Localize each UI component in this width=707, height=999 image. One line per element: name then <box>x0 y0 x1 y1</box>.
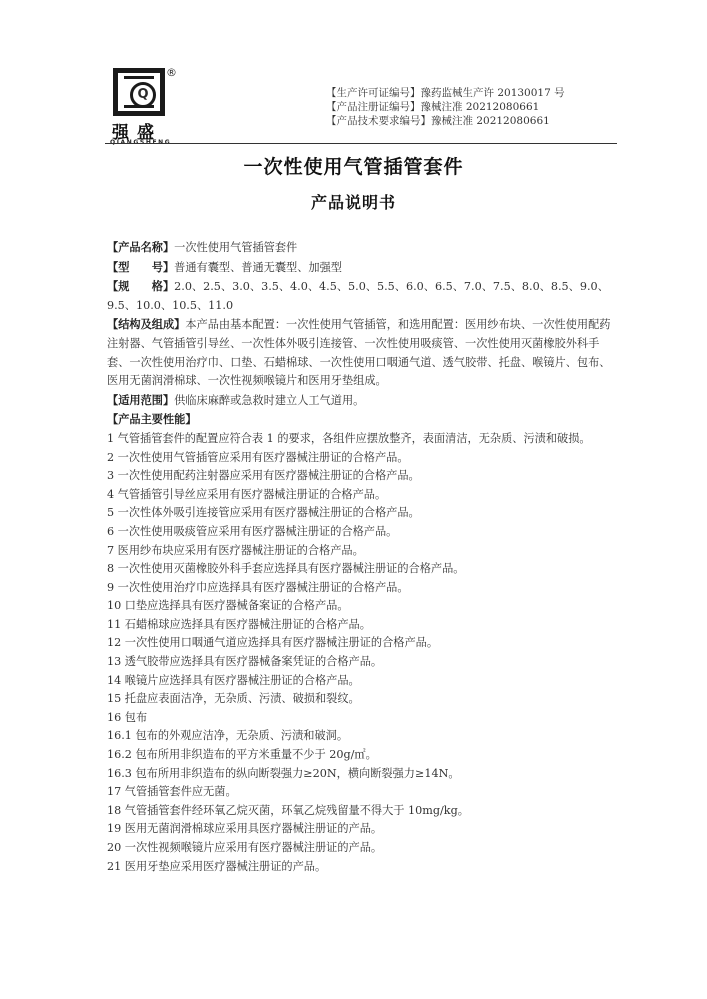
header-divider <box>105 143 617 144</box>
q-box-logo-icon: Q <box>113 68 165 116</box>
performance-item: 11 石蜡棉球应选择具有医疗器械注册证的合格产品。 <box>107 616 617 635</box>
performance-item: 16.3 包布所用非织造布的纵向断裂强力≥20N，横向断裂强力≥14N。 <box>107 765 617 784</box>
scope-label: 【适用范围】 <box>107 393 174 407</box>
performance-item: 13 透气胶带应选择具有医疗器械备案凭证的合格产品。 <box>107 653 617 672</box>
performance-item: 21 医用牙垫应采用医疗器械注册证的产品。 <box>107 858 617 877</box>
performance-item: 16.2 包布所用非织造布的平方米重量不少于 20g/㎡。 <box>107 746 617 765</box>
performance-item: 12 一次性使用口咽通气道应选择具有医疗器械注册证的合格产品。 <box>107 634 617 653</box>
registered-mark-icon: ® <box>166 66 177 79</box>
performance-item: 8 一次性使用灭菌橡胶外科手套应选择具有医疗器械注册证的合格产品。 <box>107 560 617 579</box>
document-title: 一次性使用气管插管套件 <box>0 152 707 179</box>
technical-requirement-label: 【产品技术要求编号】 <box>326 115 431 127</box>
performance-item: 15 托盘应表面洁净，无杂质、污渍、破损和裂纹。 <box>107 690 617 709</box>
document-body: 【产品名称】一次性使用气管插管套件 【型 号】普通有囊型、普通无囊型、加强型 【… <box>107 238 617 876</box>
model-value: 普通有囊型、普通无囊型、加强型 <box>174 261 342 274</box>
model-row: 【型 号】普通有囊型、普通无囊型、加强型 <box>107 258 617 278</box>
performance-item: 6 一次性使用吸痰管应采用有医疗器械注册证的合格产品。 <box>107 523 617 542</box>
spec-row: 【规 格】2.0、2.5、3.0、3.5、4.0、4.5、5.0、5.5、6.0… <box>107 277 617 315</box>
product-registration: 【产品注册证编号】豫械注准 20212080661 <box>326 100 565 114</box>
performance-item: 1 气管插管套件的配置应符合表 1 的要求，各组件应摆放整齐，表面清洁，无杂质、… <box>107 430 617 449</box>
spec-value: 2.0、2.5、3.0、3.5、4.0、4.5、5.0、5.5、6.0、6.5、… <box>107 280 609 312</box>
performance-item: 16 包布 <box>107 709 617 728</box>
structure-row: 【结构及组成】本产品由基本配置：一次性使用气管插管，和选用配置：医用纱布块、一次… <box>107 315 617 390</box>
technical-requirement: 【产品技术要求编号】豫械注准 20212080661 <box>326 114 565 128</box>
scope-row: 【适用范围】供临床麻醉或急救时建立人工气道用。 <box>107 391 617 411</box>
performance-item: 4 气管插管引导丝应采用有医疗器械注册证的合格产品。 <box>107 486 617 505</box>
product-name-value: 一次性使用气管插管套件 <box>174 241 297 254</box>
product-registration-label: 【产品注册证编号】 <box>326 101 421 113</box>
performance-item: 14 喉镜片应选择具有医疗器械注册证的合格产品。 <box>107 672 617 691</box>
structure-label: 【结构及组成】 <box>107 317 185 331</box>
performance-item: 5 一次性体外吸引连接管应采用有医疗器械注册证的合格产品。 <box>107 504 617 523</box>
performance-item: 17 气管插管套件应无菌。 <box>107 783 617 802</box>
performance-item: 10 口垫应选择具有医疗器械备案证的合格产品。 <box>107 597 617 616</box>
production-license-label: 【生产许可证编号】 <box>326 87 421 99</box>
performance-item: 3 一次性使用配药注射器应采用有医疗器械注册证的合格产品。 <box>107 467 617 486</box>
performance-item: 18 气管插管套件经环氧乙烷灭菌，环氧乙烷残留量不得大于 10mg/kg。 <box>107 802 617 821</box>
product-name-row: 【产品名称】一次性使用气管插管套件 <box>107 238 617 258</box>
spec-label: 【规 格】 <box>107 279 174 293</box>
production-license-value: 豫药监械生产许 20130017 号 <box>421 87 565 99</box>
document-subtitle: 产品说明书 <box>0 190 707 213</box>
technical-requirement-value: 豫械注准 20212080661 <box>431 115 550 127</box>
performance-item: 2 一次性使用气管插管应采用有医疗器械注册证的合格产品。 <box>107 449 617 468</box>
product-name-label: 【产品名称】 <box>107 240 174 254</box>
scope-value: 供临床麻醉或急救时建立人工气道用。 <box>174 394 364 407</box>
model-label: 【型 号】 <box>107 260 174 274</box>
performance-item: 7 医用纱布块应采用有医疗器械注册证的合格产品。 <box>107 542 617 561</box>
product-registration-value: 豫械注准 20212080661 <box>421 101 540 113</box>
registration-info: 【生产许可证编号】豫药监械生产许 20130017 号 【产品注册证编号】豫械注… <box>326 86 565 128</box>
performance-label: 【产品主要性能】 <box>107 412 197 426</box>
performance-item: 20 一次性视频喉镜片应采用有医疗器械注册证的产品。 <box>107 839 617 858</box>
company-logo: Q ® 强盛 QIANGSHENG <box>110 68 180 146</box>
logo-bar-top <box>124 76 154 79</box>
logo-bar-bottom <box>124 105 154 108</box>
performance-heading: 【产品主要性能】 <box>107 410 617 430</box>
production-license: 【生产许可证编号】豫药监械生产许 20130017 号 <box>326 86 565 100</box>
performance-item: 16.1 包布的外观应洁净，无杂质、污渍和破洞。 <box>107 727 617 746</box>
performance-item: 19 医用无菌润滑棉球应采用具医疗器械注册证的产品。 <box>107 820 617 839</box>
performance-item: 9 一次性使用治疗巾应选择具有医疗器械注册证的合格产品。 <box>107 579 617 598</box>
